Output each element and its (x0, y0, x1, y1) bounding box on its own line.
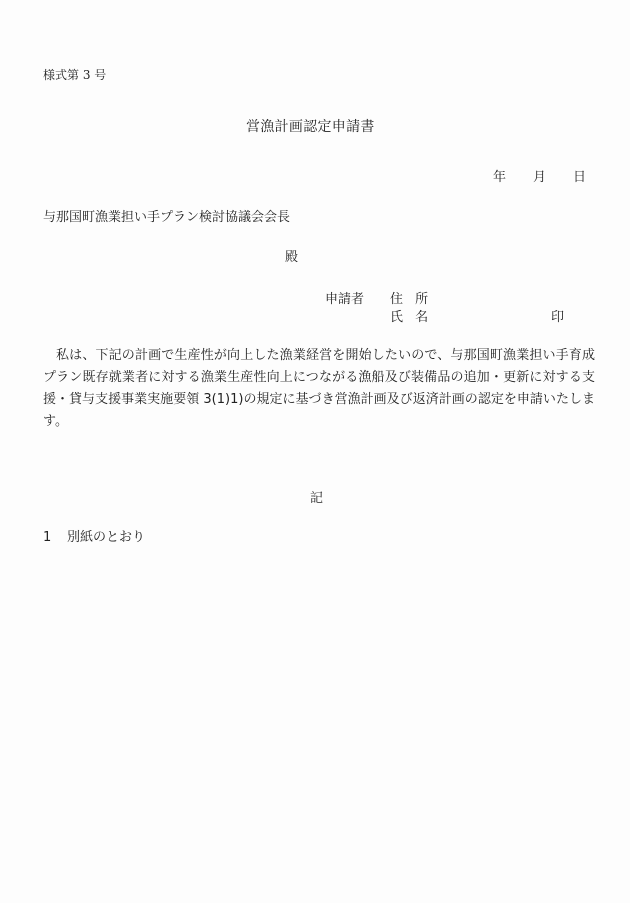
addressee: 与那国町漁業担い手プラン検討協議会会長 (43, 206, 290, 225)
form-number: 様式第 3 号 (43, 66, 106, 83)
item-number: 1 (43, 530, 67, 545)
honorific: 殿 (285, 246, 298, 265)
name-label: 氏 名 (390, 306, 428, 325)
document-title: 営漁計画認定申請書 (246, 116, 375, 136)
record-heading: 記 (310, 487, 323, 506)
body-paragraph: 私は、下記の計画で生産性が向上した漁業経営を開始したいので、与那国町漁業担い手育… (43, 345, 595, 433)
address-label: 住 所 (390, 288, 428, 307)
seal-mark: 印 (551, 306, 564, 325)
date-year: 年 (493, 166, 506, 185)
list-item: 1別紙のとおり (43, 526, 145, 545)
date-month: 月 (533, 166, 546, 185)
applicant-label: 申請者 (325, 288, 364, 307)
item-text: 別紙のとおり (67, 530, 145, 545)
date-day: 日 (573, 166, 586, 185)
